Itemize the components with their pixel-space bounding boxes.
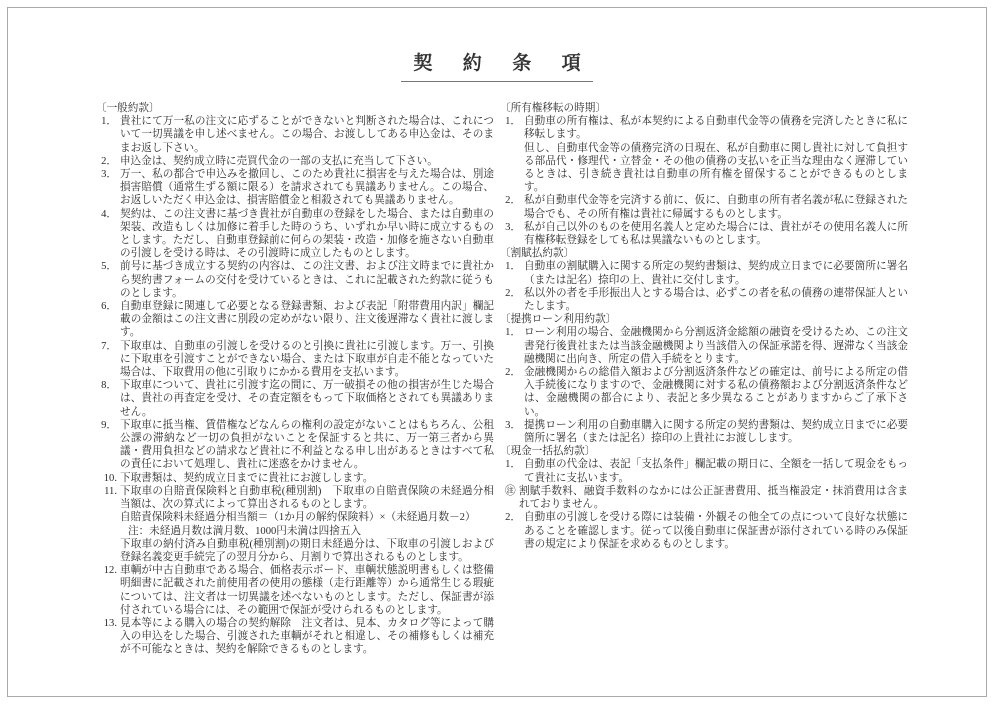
section: 〔一般約款〕1．貴社にて万一私の注文に応ずることができないと判断された場合は、こ… xyxy=(96,102,494,657)
clause-number: ㊟ xyxy=(505,485,519,511)
clause-item: 3．私が自己以外のものを使用名義人と定めた場合には、貴社がその使用名義人に所有権… xyxy=(500,221,908,247)
section-heading: 〔一般約款〕 xyxy=(96,102,494,115)
clause-text: 万一、私の都合で申込みを撤回し、このため貴社に損害を与えた場合は、別途損害賠償（… xyxy=(120,168,494,208)
clause-item: 8．下取車について、貴社に引渡す迄の間に、万一破損その他の損害が生じた場合は、貴… xyxy=(96,379,494,419)
clause-text: 申込金は、契約成立時に売買代金の一部の支払に充当して下さい。 xyxy=(120,155,494,168)
clause-text: 自動車の所有権は、私が本契約による自動車代金等の債務を完済したときに私に移転しま… xyxy=(524,115,908,141)
clause-text: 車輌が中古自動車である場合、価格表示ボード、車輌状態説明書もしくは整備明細書に記… xyxy=(120,564,494,617)
clause-subline: 注：未経過月数は満月数、1000円未満は四捨五入 xyxy=(128,525,494,538)
clause-item: 1．自動車の割賦購入に関する所定の契約書類は、契約成立日までに必要箇所に署名（ま… xyxy=(500,260,908,286)
clause-item: 10.下取書類は、契約成立日までに貴社にお渡しします。 xyxy=(96,472,494,485)
clause-number: 3． xyxy=(500,221,524,247)
clause-text: 金融機関からの総借入額および分割返済条件などの確定は、前号による所定の借入手続後… xyxy=(524,366,908,419)
clause-item: 13.見本等による購入の場合の契約解除 注文者は、見本、カタログ等によって購入の… xyxy=(96,617,494,657)
clause-item: 1．自動車の代金は、表記「支払条件」欄記載の期日に、全額を一括して現金をもって貴… xyxy=(500,458,908,484)
clause-number: 1． xyxy=(500,458,524,484)
clause-number: 3． xyxy=(96,168,120,208)
clause-text: 下取書類は、契約成立日までに貴社にお渡しします。 xyxy=(120,472,494,485)
clause-text: 自動車の代金は、表記「支払条件」欄記載の期日に、全額を一括して現金をもって貴社に… xyxy=(524,458,908,484)
clause-subline: 自賠責保険料未経過分相当額＝（1か月の解約保険料）×（未経過月数－2） xyxy=(120,511,494,524)
clause-number: 1． xyxy=(96,115,120,155)
clause-item: 1．貴社にて万一私の注文に応ずることができないと判断された場合は、これについて一… xyxy=(96,115,494,155)
clause-text: 自動車登録に関連して必要となる登録書類、および表記「附帯費用内訳」欄記載の金額は… xyxy=(120,300,494,340)
clause-number: 13. xyxy=(96,617,120,657)
clause-item: 9．下取車に抵当権、賃借権などなんらの権利の設定がないことはもちろん、公租公課の… xyxy=(96,419,494,472)
clause-item: 12.車輌が中古自動車である場合、価格表示ボード、車輌状態説明書もしくは整備明細… xyxy=(96,564,494,617)
clause-text: 契約は、この注文書に基づき貴社が自動車の登録をした場合、または自動車の架装、改造… xyxy=(120,208,494,261)
clause-item: 2．申込金は、契約成立時に売買代金の一部の支払に充当して下さい。 xyxy=(96,155,494,168)
clause-item: 1．自動車の所有権は、私が本契約による自動車代金等の債務を完済したときに私に移転… xyxy=(500,115,908,141)
section: 〔現金一括払約款〕1．自動車の代金は、表記「支払条件」欄記載の期日に、全額を一括… xyxy=(500,445,908,551)
clause-text: 下取車は、自動車の引渡しを受けるのと引換に貴社に引渡します。万一、引換に下取車を… xyxy=(120,340,494,380)
clause-number: 12. xyxy=(96,564,120,617)
clause-item: 2．私が自動車代金等を完済する前に、仮に、自動車の所有者名義が私に登録された場合… xyxy=(500,194,908,220)
clause-number: 10. xyxy=(96,472,120,485)
clause-item: 7．下取車は、自動車の引渡しを受けるのと引換に貴社に引渡します。万一、引換に下取… xyxy=(96,340,494,380)
clause-item: 3．万一、私の都合で申込みを撤回し、このため貴社に損害を与えた場合は、別途損害賠… xyxy=(96,168,494,208)
clause-text: 下取車について、貴社に引渡す迄の間に、万一破損その他の損害が生じた場合は、貴社の… xyxy=(120,379,494,419)
contract-page: 契約条項 〔一般約款〕1．貴社にて万一私の注文に応ずることができないと判断された… xyxy=(0,0,994,704)
clause-item: 4．契約は、この注文書に基づき貴社が自動車の登録をした場合、または自動車の架装、… xyxy=(96,208,494,261)
section: 〔所有権移転の時期〕1．自動車の所有権は、私が本契約による自動車代金等の債務を完… xyxy=(500,102,908,247)
column-left: 〔一般約款〕1．貴社にて万一私の注文に応ずることができないと判断された場合は、こ… xyxy=(96,102,494,657)
clause-item: 1．ローン利用の場合、金融機関から分割返済金総額の融資を受けるため、この注文書発… xyxy=(500,326,908,366)
clause-number: 8． xyxy=(96,379,120,419)
clause-text: 下取車の自賠責保険料と自動車税(種別割) 下取車の自賠責保険の未経過分相当額は、… xyxy=(120,485,494,511)
clause-text: 見本等による購入の場合の契約解除 注文者は、見本、カタログ等によって購入の申込を… xyxy=(120,617,494,657)
column-right: 〔所有権移転の時期〕1．自動車の所有権は、私が本契約による自動車代金等の債務を完… xyxy=(500,102,908,551)
section: 〔割賦払約款〕1．自動車の割賦購入に関する所定の契約書類は、契約成立日までに必要… xyxy=(500,247,908,313)
clause-number: 1． xyxy=(500,326,524,366)
clause-text: 私が自動車代金等を完済する前に、仮に、自動車の所有者名義が私に登録された場合でも… xyxy=(524,194,908,220)
section: 〔提携ローン利用約款〕1．ローン利用の場合、金融機関から分割返済金総額の融資を受… xyxy=(500,313,908,445)
clause-number: 1． xyxy=(500,115,524,141)
clause-number: 1． xyxy=(500,260,524,286)
clause-number: 2． xyxy=(500,366,524,419)
clause-item: 2．私以外の者を手形振出人とする場合は、必ずこの者を私の債務の連帯保証人といたし… xyxy=(500,287,908,313)
clause-number: 9． xyxy=(96,419,120,472)
clause-number: 2． xyxy=(500,511,524,551)
note-item: ㊟割賦手数料、融資手数料のなかには公正証書費用、抵当権設定・抹消費用は含まれてお… xyxy=(505,485,908,511)
clause-item: 2．金融機関からの総借入額および分割返済条件などの確定は、前号による所定の借入手… xyxy=(500,366,908,419)
clause-text: ローン利用の場合、金融機関から分割返済金総額の融資を受けるため、この注文書発行後… xyxy=(524,326,908,366)
clause-subline: 但し、自動車代金等の債務完済の日現在、私が自動車に関し貴社に対して負担する部品代… xyxy=(524,142,908,195)
page-title: 契約条項 xyxy=(413,48,611,75)
clause-text: 割賦手数料、融資手数料のなかには公正証書費用、抵当権設定・抹消費用は含まれており… xyxy=(519,485,908,511)
clause-subline: 下取車の納付済み自動車税(種別割)の期日未経過分は、下取車の引渡しおよび登録名義… xyxy=(120,538,494,564)
clause-item: 6．自動車登録に関連して必要となる登録書類、および表記「附帯費用内訳」欄記載の金… xyxy=(96,300,494,340)
clause-number: 7． xyxy=(96,340,120,380)
section-heading: 〔割賦払約款〕 xyxy=(500,247,908,260)
clause-text: 私が自己以外のものを使用名義人と定めた場合には、貴社がその使用名義人に所有権移転… xyxy=(524,221,908,247)
title-area: 契約条項 xyxy=(0,48,994,82)
clause-number: 2． xyxy=(500,194,524,220)
clause-item: 2．自動車の引渡しを受ける際には装備・外観その他全ての点について良好な状態にある… xyxy=(500,511,908,551)
clause-item: 3．提携ローン利用の自動車購入に関する所定の契約書類は、契約成立日までに必要箇所… xyxy=(500,419,908,445)
clause-text: 前号に基づき成立する契約の内容は、この注文書、および注文時までに貴社から契約書フ… xyxy=(120,260,494,300)
section-heading: 〔現金一括払約款〕 xyxy=(500,445,908,458)
clause-text: 下取車に抵当権、賃借権などなんらの権利の設定がないことはもちろん、公租公課の滞納… xyxy=(120,419,494,472)
clause-number: 6． xyxy=(96,300,120,340)
clause-text: 自動車の引渡しを受ける際には装備・外観その他全ての点について良好な状態にあること… xyxy=(524,511,908,551)
clause-item: 11.下取車の自賠責保険料と自動車税(種別割) 下取車の自賠責保険の未経過分相当… xyxy=(96,485,494,511)
clause-text: 貴社にて万一私の注文に応ずることができないと判断された場合は、これについて一切異… xyxy=(120,115,494,155)
clause-number: 5． xyxy=(96,260,120,300)
clause-number: 3． xyxy=(500,419,524,445)
clause-number: 2． xyxy=(96,155,120,168)
clause-text: 自動車の割賦購入に関する所定の契約書類は、契約成立日までに必要箇所に署名（または… xyxy=(524,260,908,286)
clause-number: 11. xyxy=(96,485,120,511)
clause-number: 2． xyxy=(500,287,524,313)
clause-text: 私以外の者を手形振出人とする場合は、必ずこの者を私の債務の連帯保証人といたします… xyxy=(524,287,908,313)
section-heading: 〔提携ローン利用約款〕 xyxy=(500,313,908,326)
clause-text: 提携ローン利用の自動車購入に関する所定の契約書類は、契約成立日までに必要箇所に署… xyxy=(524,419,908,445)
clause-item: 5．前号に基づき成立する契約の内容は、この注文書、および注文時までに貴社から契約… xyxy=(96,260,494,300)
section-heading: 〔所有権移転の時期〕 xyxy=(500,102,908,115)
title-underline: 契約条項 xyxy=(401,48,592,82)
clause-number: 4． xyxy=(96,208,120,261)
